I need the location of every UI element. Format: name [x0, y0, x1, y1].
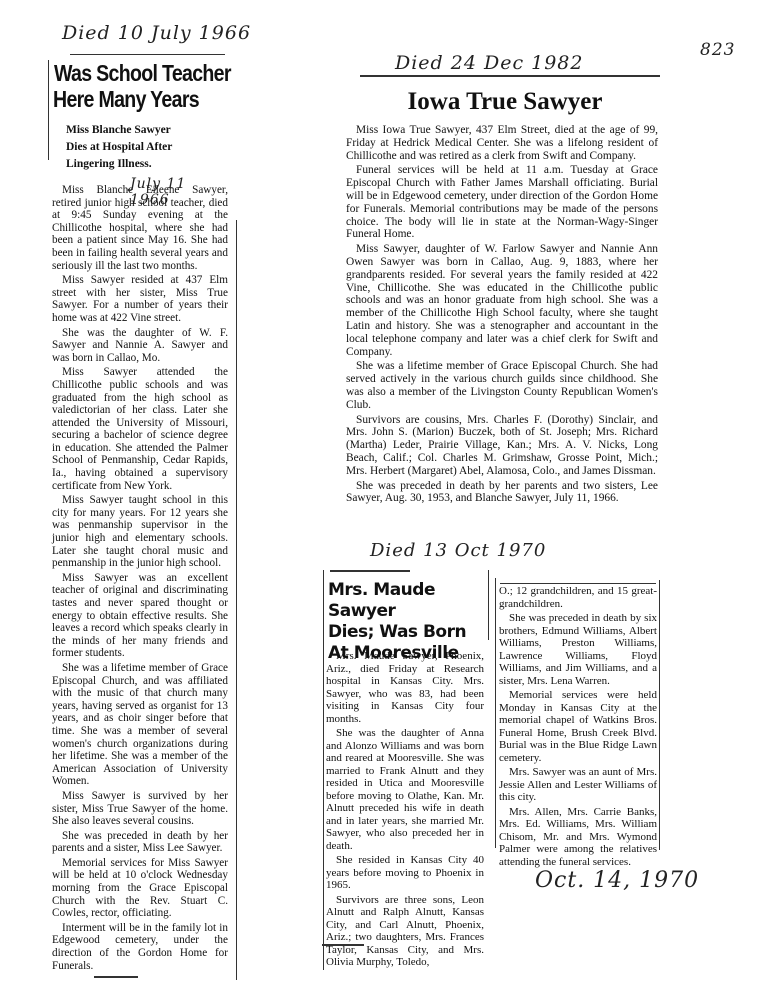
- obituary-blanche-sawyer: Was School Teacher Here Many Years Miss …: [50, 60, 230, 173]
- handwritten-clipping-date-1970: Oct. 14, 1970: [535, 868, 699, 893]
- paragraph: Miss Sawyer is survived by her sister, M…: [52, 790, 228, 828]
- paragraph: Mrs. Allen, Mrs. Carrie Banks, Mrs. Ed. …: [499, 806, 657, 869]
- headline-line-1: Was School Teacher: [54, 60, 204, 86]
- paragraph: She was a lifetime member of Grace Episc…: [346, 360, 658, 411]
- handwritten-death-date-1982: Died 24 Dec 1982: [395, 52, 583, 74]
- paragraph: Miss Sawyer was an excellent teacher of …: [52, 572, 228, 660]
- paragraph: Miss Blanche Eileene Sawyer, retired jun…: [52, 184, 228, 272]
- subheadline-1: Miss Blanche Sawyer: [66, 122, 230, 139]
- paragraph: Miss Sawyer taught school in this city f…: [52, 494, 228, 570]
- clip1-end-rule: [94, 976, 138, 978]
- paragraph: Mrs. Sawyer was an aunt of Mrs. Jessie A…: [499, 766, 657, 804]
- paragraph: O.; 12 grandchildren, and 15 great-grand…: [499, 585, 657, 610]
- paragraph: Survivors are three sons, Leon Alnutt an…: [326, 894, 484, 969]
- paragraph: Interment will be in the family lot in E…: [52, 922, 228, 972]
- clip1-right-border: [236, 220, 237, 980]
- paragraph: She was preceded in death by six brother…: [499, 612, 657, 687]
- handwritten-death-date-1970: Died 13 Oct 1970: [370, 540, 546, 561]
- paragraph: She was preceded in death by her parents…: [346, 480, 658, 506]
- paragraph: Miss Iowa True Sawyer, 437 Elm Street, d…: [346, 124, 658, 162]
- obituary-maude-col1: Mrs. Maude Sawyer, Phoenix, Ariz., died …: [326, 650, 484, 971]
- headline-line-2: Dies; Was Born: [328, 622, 488, 643]
- paragraph: She resided in Kansas City 40 years befo…: [326, 854, 484, 892]
- paragraph: Miss Sawyer, daughter of W. Farlow Sawye…: [346, 243, 658, 358]
- paragraph: Mrs. Maude Sawyer, Phoenix, Ariz., died …: [326, 650, 484, 725]
- paragraph: She was the daughter of W. F. Sawyer and…: [52, 327, 228, 365]
- paragraph: She was the daughter of Anna and Alonzo …: [326, 727, 484, 852]
- handwritten-page-number: 823: [700, 40, 735, 60]
- paragraph: Miss Sawyer attended the Chillicothe pub…: [52, 366, 228, 492]
- obituary-iowa-body: Miss Iowa True Sawyer, 437 Elm Street, d…: [346, 124, 658, 507]
- clip3-col1-end-rule: [322, 944, 364, 946]
- clip3-col2-left-border: [495, 578, 496, 848]
- paragraph: Miss Sawyer resided at 437 Elm street wi…: [52, 274, 228, 324]
- subheadline-2: Dies at Hospital After: [66, 139, 230, 156]
- clip3-top-rule: [330, 570, 410, 572]
- left-border: [48, 60, 49, 160]
- headline-line-2: Here Many Years: [53, 86, 203, 112]
- clip3-left-border: [323, 570, 324, 970]
- clip3-col2-top-rule: [500, 583, 656, 584]
- clip3-col2-right-border: [659, 580, 660, 850]
- paragraph: She was a lifetime member of Grace Episc…: [52, 662, 228, 788]
- paragraph: Memorial services for Miss Sawyer will b…: [52, 857, 228, 920]
- clip2-top-rule: [360, 75, 660, 77]
- clip3-headline-right-border: [488, 570, 489, 640]
- paragraph: She was preceded in death by her parents…: [52, 830, 228, 855]
- headline-line-1: Mrs. Maude Sawyer: [328, 580, 488, 622]
- obituary-blanche-body: Miss Blanche Eileene Sawyer, retired jun…: [52, 184, 228, 974]
- subheadline-3: Lingering Illness.: [66, 156, 230, 173]
- top-rule: [70, 54, 225, 55]
- paragraph: Funeral services will be held at 11 a.m.…: [346, 164, 658, 241]
- paragraph: Memorial services were held Monday in Ka…: [499, 689, 657, 764]
- paragraph: Survivors are cousins, Mrs. Charles F. (…: [346, 414, 658, 478]
- obituary-iowa-headline: Iowa True Sawyer: [340, 88, 670, 116]
- obituary-maude-col2: O.; 12 grandchildren, and 15 great-grand…: [499, 585, 657, 870]
- handwritten-death-date-1966: Died 10 July 1966: [62, 22, 251, 44]
